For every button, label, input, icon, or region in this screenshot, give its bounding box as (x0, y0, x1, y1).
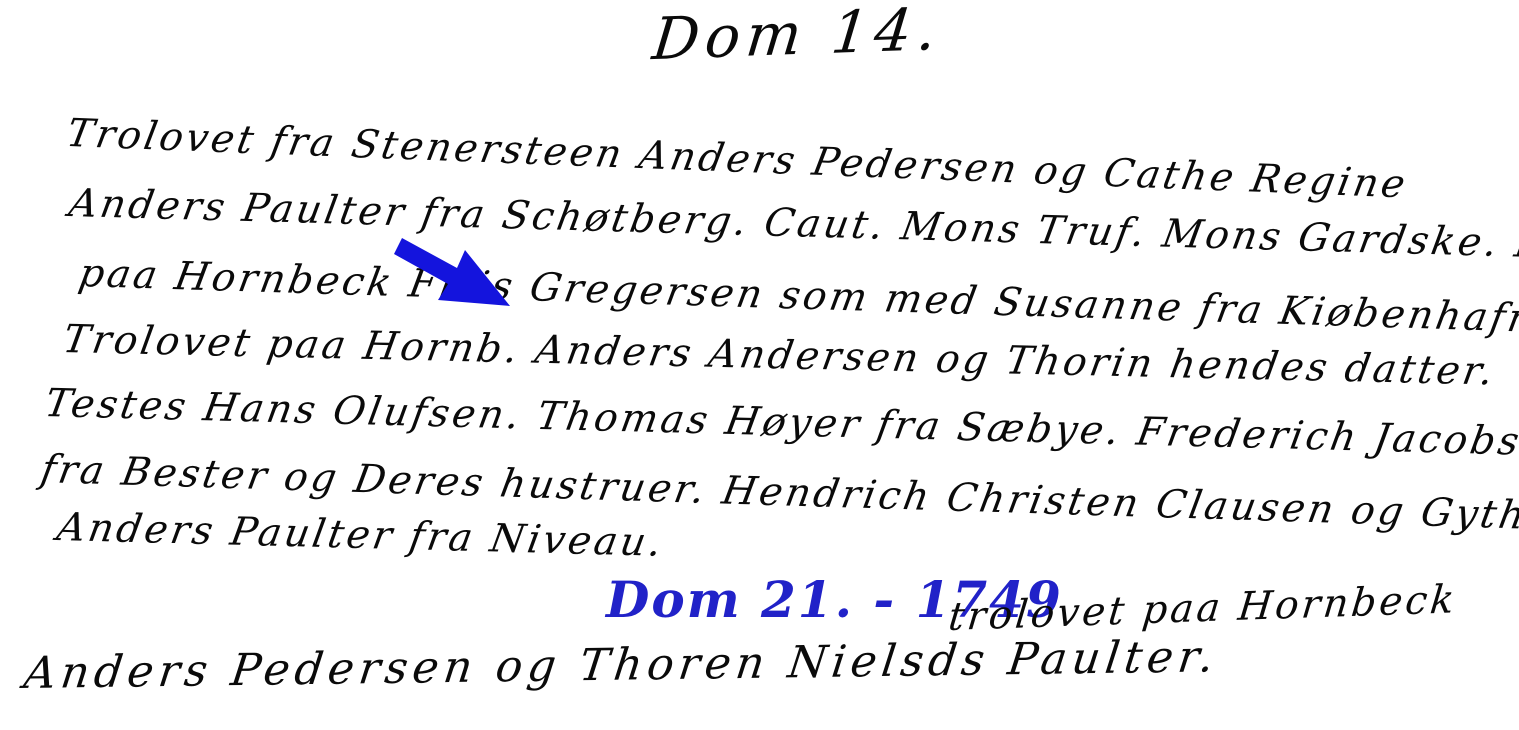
document-heading-text: Dom 14. (650, 0, 945, 68)
closing-line-2-text: Anders Pedersen og Thoren Nielsds Paulte… (22, 635, 1222, 696)
handwriting-line-7: Anders Paulter fra Niveau. (57, 508, 665, 563)
handwriting-line-5-text: Testes Hans Olufsen. Thomas Høyer fra Sæ… (42, 384, 1519, 463)
document-heading: Dom 14. (652, 0, 943, 68)
scanned-document-page: Dom 14. Trolovet fra Stenersteen Anders … (0, 0, 1519, 730)
handwriting-line-5: Testes Hans Olufsen. Thomas Høyer fra Sæ… (45, 384, 1519, 463)
handwriting-line-7-text: Anders Paulter fra Niveau. (54, 508, 667, 563)
closing-line-2: Anders Pedersen og Thoren Nielsds Paulte… (24, 635, 1219, 696)
